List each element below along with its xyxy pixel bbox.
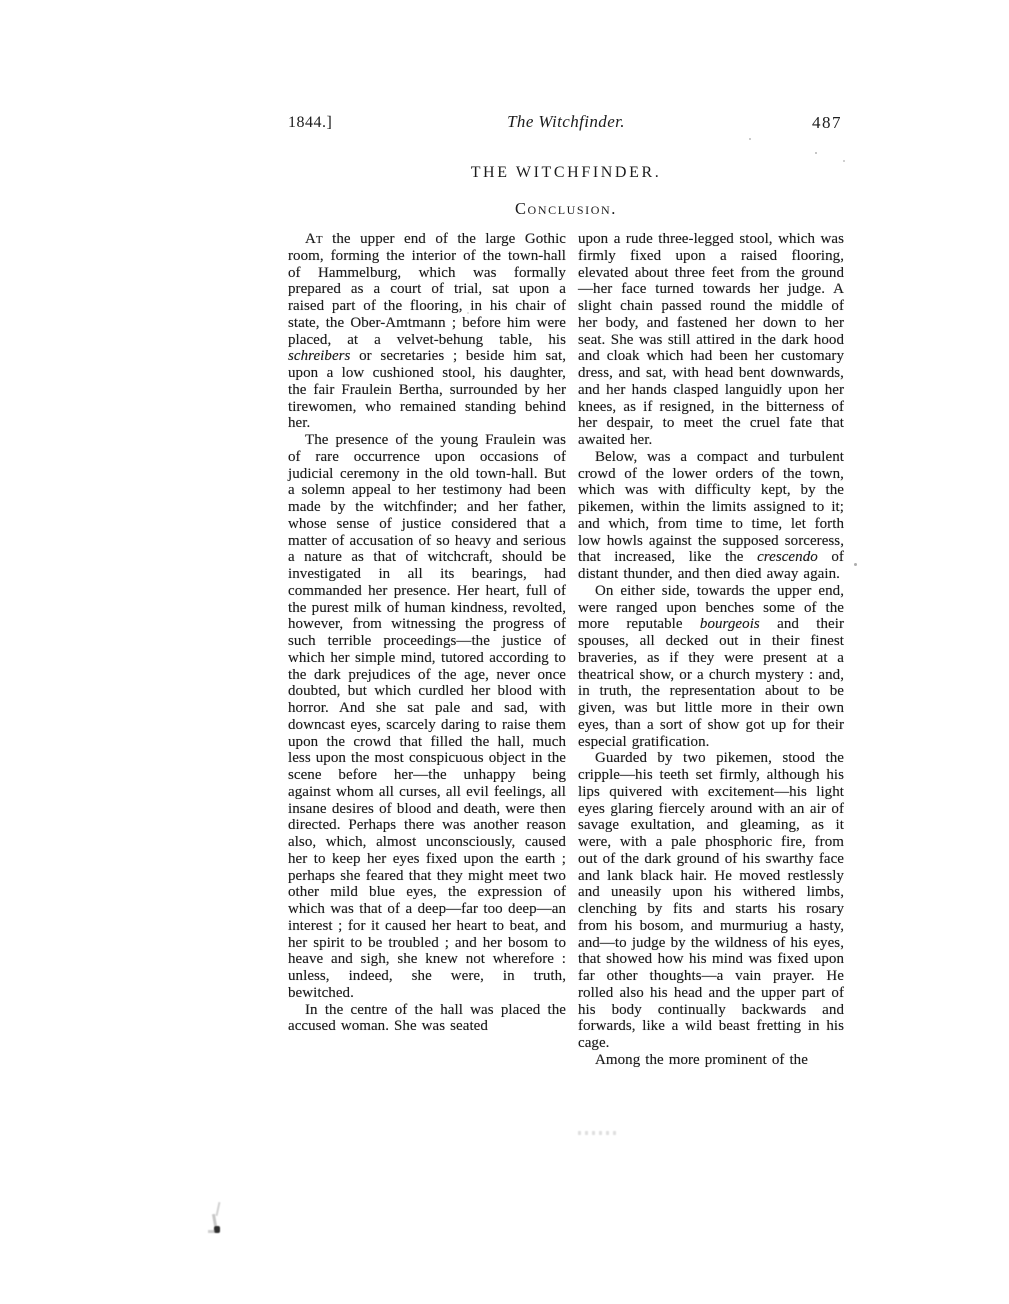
article-title: THE WITCHFINDER. (288, 164, 844, 182)
running-header: 1844.] The Witchfinder. 487 (288, 112, 844, 136)
paragraph: upon a rude three-legged stool, which wa… (578, 231, 844, 449)
ink-smudge (208, 1200, 230, 1240)
article-subtitle: Conclusion. (288, 199, 844, 219)
paragraph: In the centre of the hall was placed the… (288, 1002, 566, 1036)
ink-speck (854, 563, 857, 566)
right-column: upon a rude three-legged stool, which wa… (578, 231, 844, 1069)
left-column: At the upper end of the large Gothic roo… (288, 231, 566, 1069)
paragraph: On either side, towards the upper end, w… (578, 583, 844, 751)
paragraph: At the upper end of the large Gothic roo… (288, 231, 566, 432)
ghost-marks (578, 1131, 618, 1135)
ink-speck (815, 152, 817, 154)
ink-speck (843, 160, 845, 162)
text-columns: At the upper end of the large Gothic roo… (288, 231, 844, 1069)
ink-speck (562, 553, 564, 555)
page-number: 487 (812, 113, 842, 133)
ink-speck (467, 312, 469, 314)
paragraph: Among the more prominent of the (578, 1052, 844, 1069)
paragraph: Below, was a compact and turbulent crowd… (578, 449, 844, 583)
paragraph: The presence of the young Fraulein was o… (288, 432, 566, 1002)
scanned-page: 1844.] The Witchfinder. 487 THE WITCHFIN… (0, 0, 1009, 1304)
paragraph: Guarded by two pikemen, stood the crippl… (578, 750, 844, 1052)
running-title: The Witchfinder. (288, 112, 844, 132)
ink-speck (749, 138, 751, 140)
